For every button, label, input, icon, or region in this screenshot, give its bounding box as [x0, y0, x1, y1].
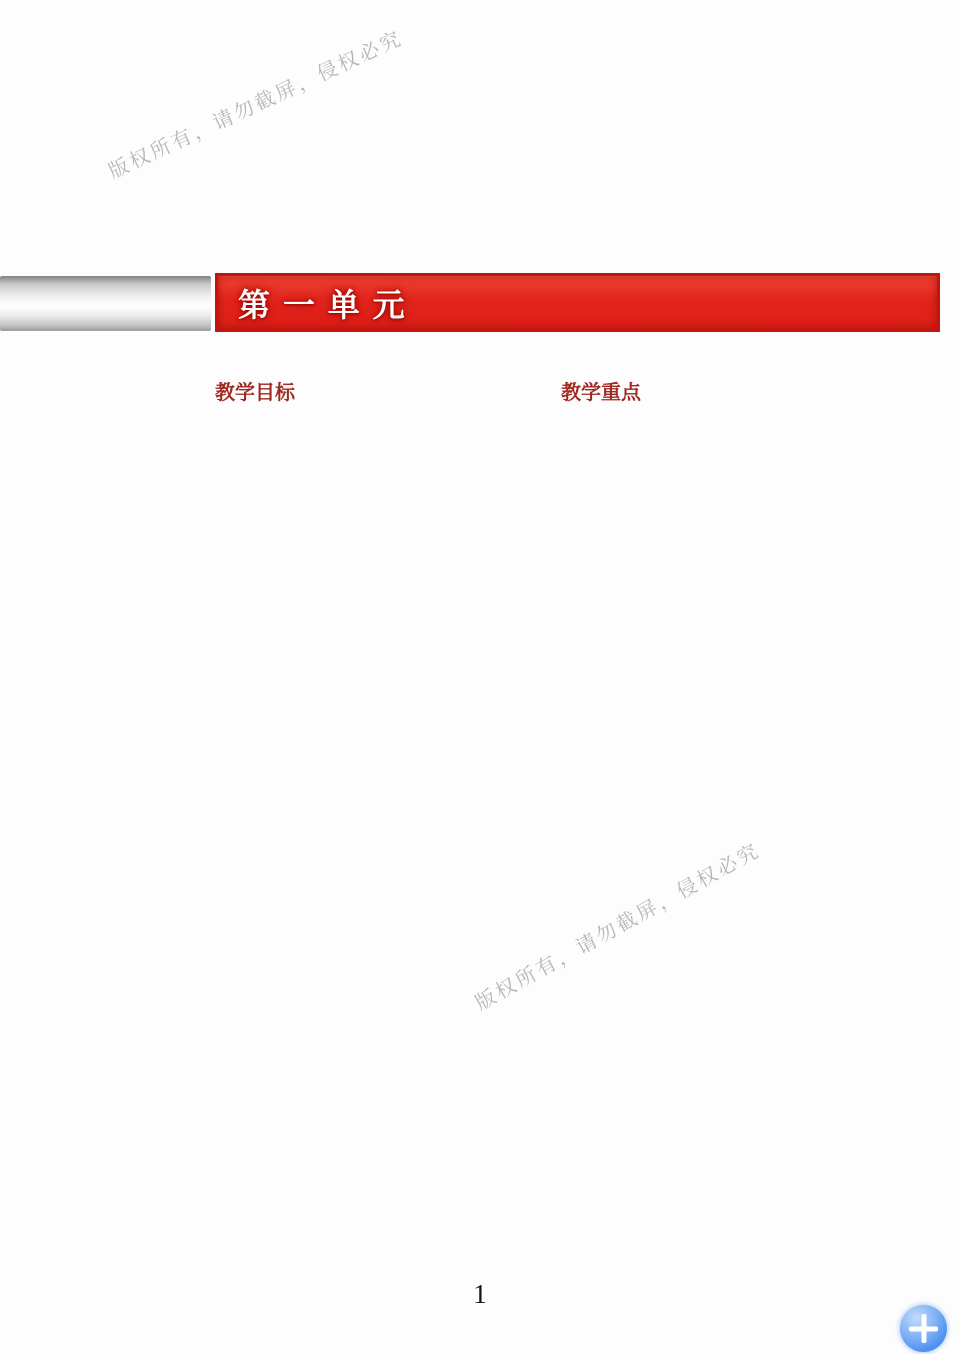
watermark-top: 版权所有，请勿截屏，侵权必究	[103, 22, 407, 184]
banner-side-bar	[0, 276, 211, 331]
document-page: 版权所有，请勿截屏，侵权必究 第 一 单 元 教学目标 教学重点 版权所有，请勿…	[0, 0, 960, 1354]
plus-icon	[900, 1305, 947, 1352]
right-column-heading: 教学重点	[561, 378, 915, 408]
add-button[interactable]	[900, 1305, 947, 1352]
left-column-heading: 教学目标	[215, 378, 545, 408]
watermark-middle: 版权所有，请勿截屏，侵权必究	[469, 834, 765, 1015]
page-number: 1	[0, 1278, 960, 1310]
left-column: 教学目标	[215, 378, 545, 414]
right-column: 教学重点	[561, 378, 915, 414]
unit-title-banner: 第 一 单 元	[215, 273, 940, 332]
unit-title: 第 一 单 元	[218, 280, 407, 326]
